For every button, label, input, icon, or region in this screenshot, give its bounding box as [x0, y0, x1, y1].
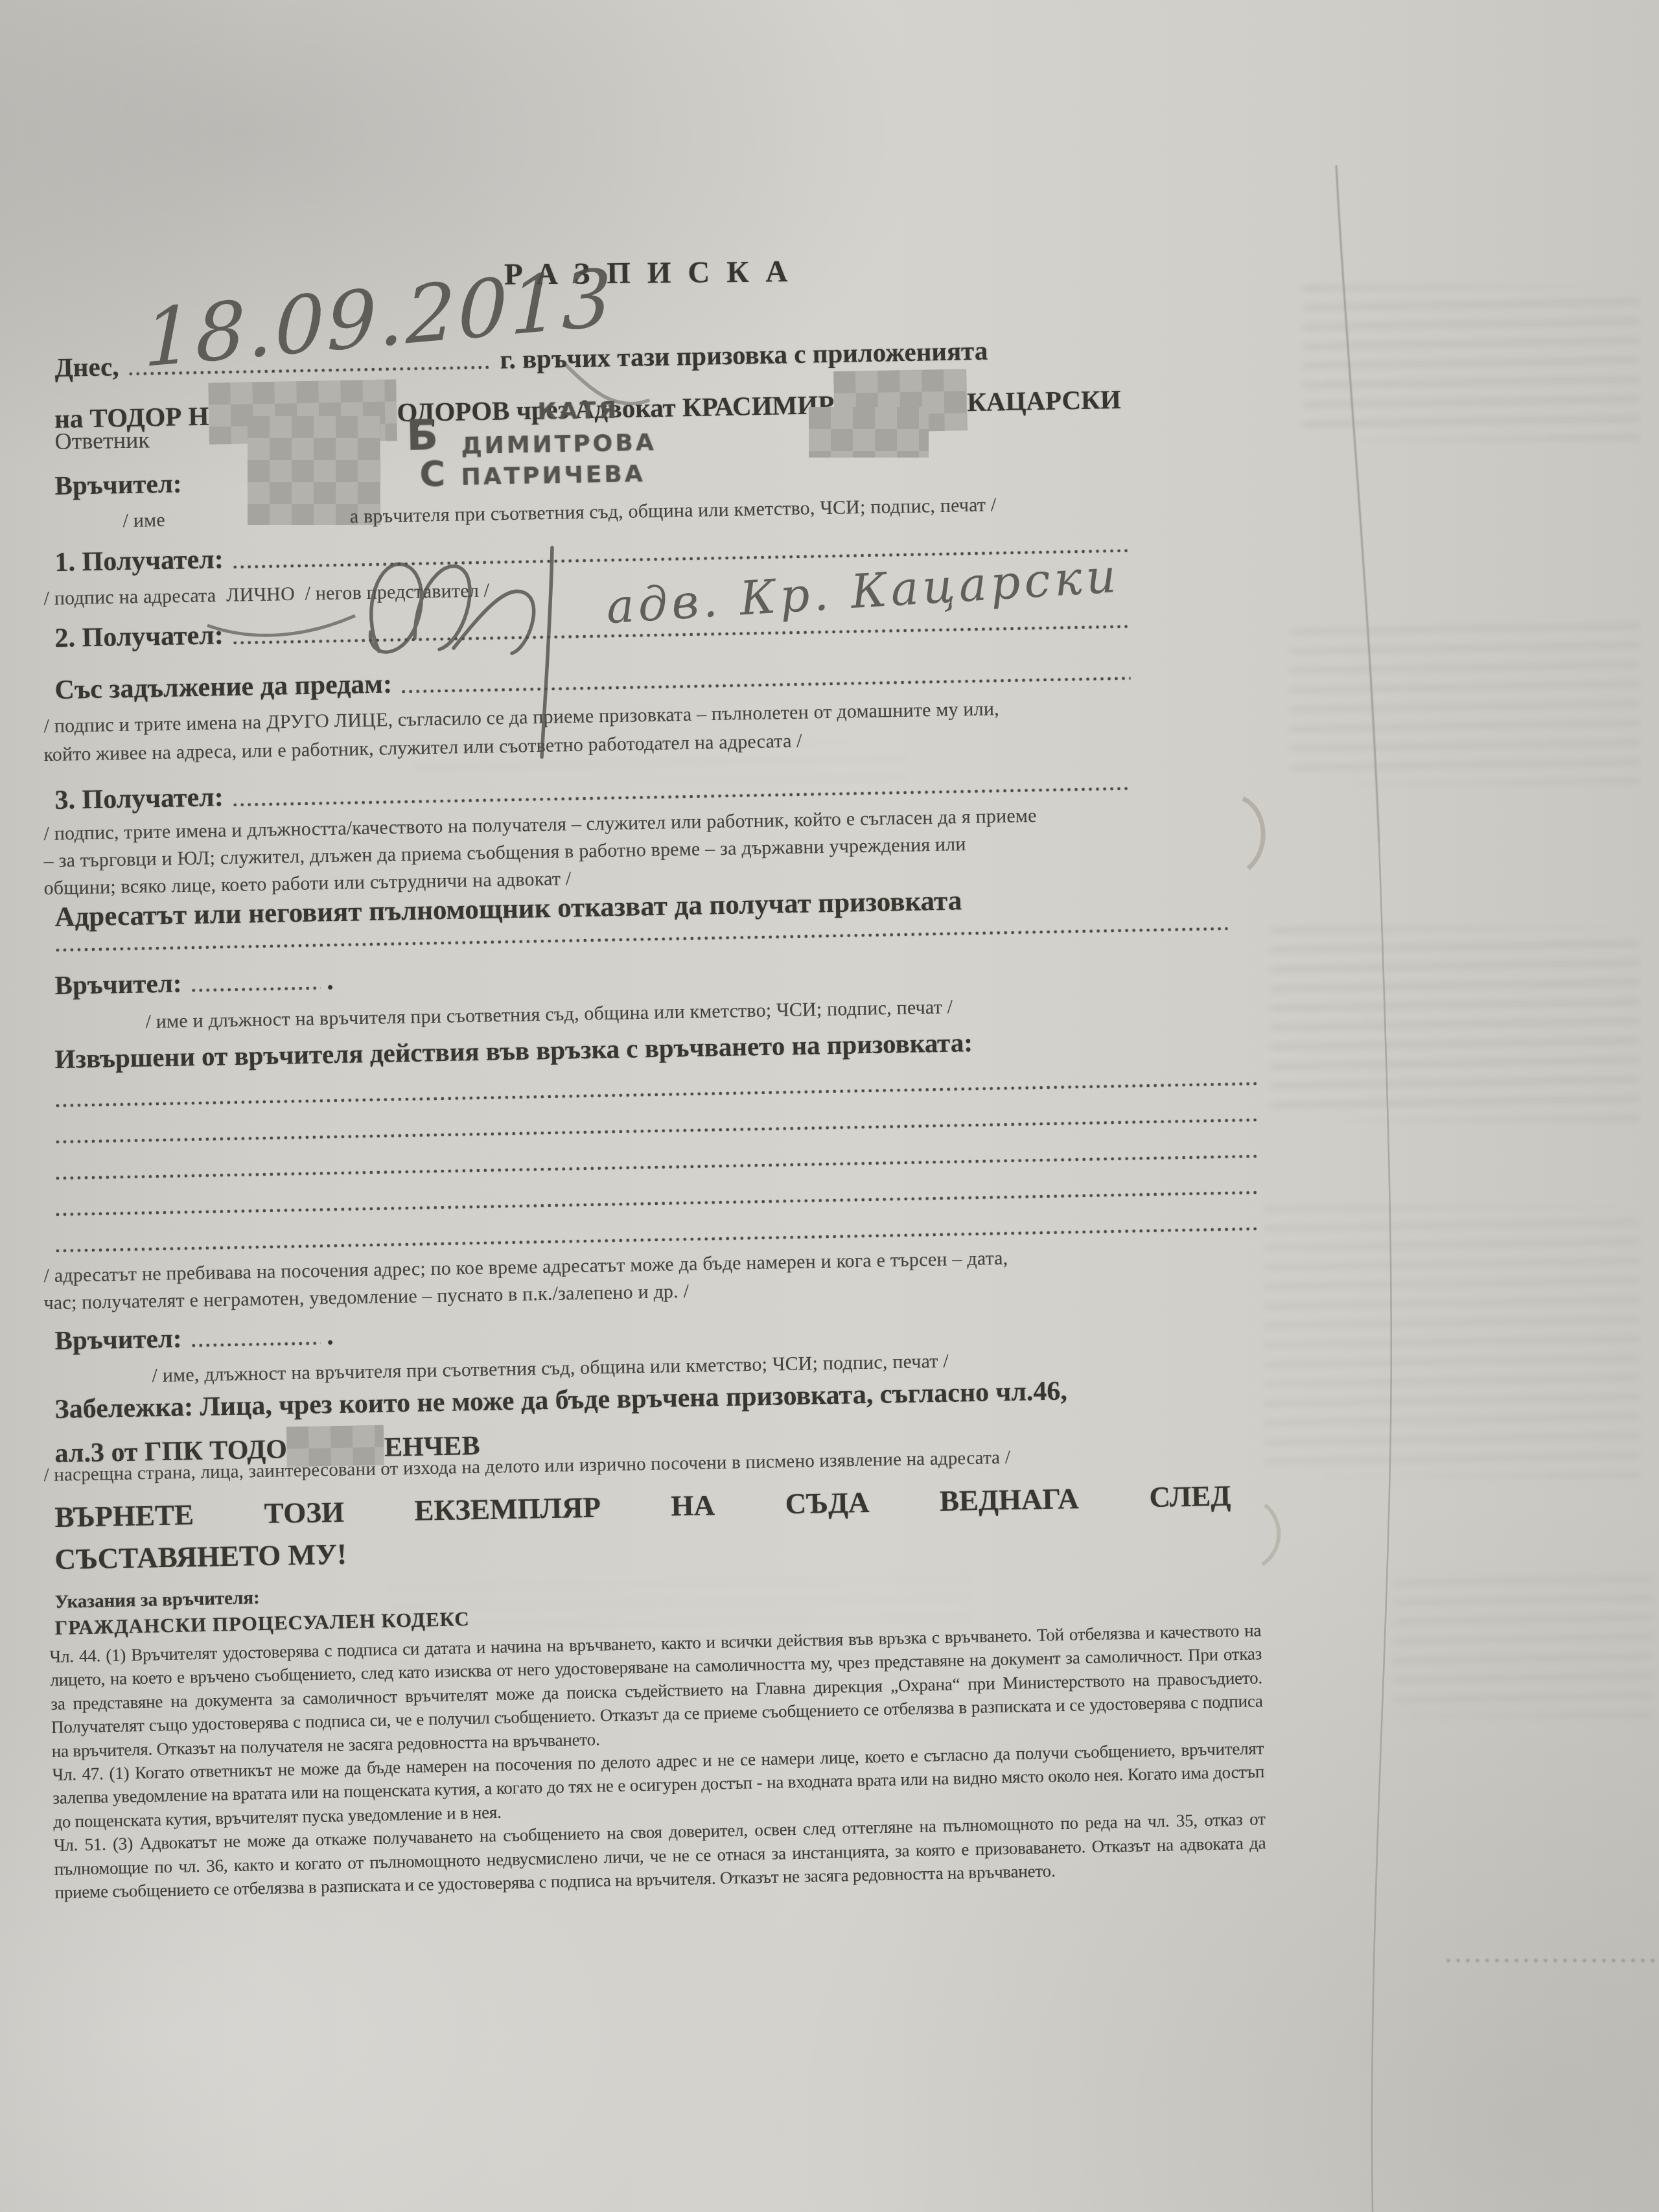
line-date-prefix: Днес, — [54, 352, 119, 382]
instructions-label: Указания за връчителя: — [54, 1587, 260, 1613]
bleed-through-text — [1303, 285, 1640, 441]
dotted-line — [55, 926, 1228, 953]
server1-note-rest: а връчителя при съответния съд, община и… — [349, 494, 996, 527]
dotted-fill — [128, 365, 491, 377]
recipient1-note-post: / негов представител / — [305, 579, 489, 604]
addressee-part3: КАЦАРСКИ — [967, 384, 1121, 417]
stray-mark — [1243, 798, 1263, 868]
code-articles: Чл. 44. (1) Връчителят удостоверява с по… — [49, 1618, 1266, 1904]
server3-afterdot: . — [327, 1321, 334, 1350]
server3-row: Връчител: . — [54, 1320, 373, 1355]
crease-line — [1336, 165, 1391, 2212]
stamp-name-line1: КАТЯ — [537, 397, 619, 425]
dotted-line — [55, 1226, 1257, 1253]
respondent-label: Ответник — [54, 426, 150, 455]
recipient1-note: / подпис на адресата ЛИЧНО / негов предс… — [43, 578, 489, 611]
stray-mark — [1262, 1505, 1279, 1565]
stamp-name-line3: ПАТРИЧЕВА — [461, 461, 645, 491]
server1-note-prefix: / име — [122, 509, 165, 531]
recipient3-label: 3. Получател: — [54, 782, 224, 815]
censored-name-block — [809, 407, 929, 458]
bleed-through-text — [1290, 616, 1640, 784]
recipient1-note-word: ЛИЧНО — [226, 583, 295, 606]
bleed-through-text — [1270, 927, 1640, 1121]
actions-heading: Извършени от връчителя действия във връз… — [54, 1028, 973, 1074]
dotted-line — [55, 1190, 1257, 1217]
recipient2-label: 2. Получател: — [54, 620, 224, 653]
scanned-paper: РАЗПИСКА 18.09.2013 Днес, г. връчих тази… — [0, 0, 1659, 2212]
server3-label: Връчител: — [54, 1323, 182, 1355]
server2-row: Връчител: . — [54, 965, 373, 1000]
dotted-fill — [191, 1341, 320, 1349]
dotted-fill — [401, 676, 1131, 695]
stamp-name-line2: ДИМИТРОВА — [461, 429, 656, 460]
return-notice-line2: СЪСТАВЯНЕТО МУ! — [54, 1537, 347, 1576]
censored-gap — [165, 523, 350, 526]
obligation-note-line1: / подпис и трите имена на ДРУГО ЛИЦЕ, съ… — [43, 697, 999, 739]
recipient1-label: 1. Получател: — [54, 544, 224, 577]
return-notice-line1: ВЪРНЕТЕ ТОЗИ ЕКЗЕМПЛЯР НА СЪДА ВЕДНАГА С… — [54, 1479, 1231, 1534]
bleed-through-text — [1264, 1205, 1640, 1478]
obligation-label: Със задължение да предам: — [54, 669, 392, 705]
dotted-line — [55, 1081, 1257, 1108]
server1-label: Връчител: — [54, 469, 182, 500]
server2-afterdot: . — [327, 966, 334, 995]
server2-label: Връчител: — [54, 968, 182, 1000]
dotted-line — [55, 1154, 1257, 1181]
dotted-fill — [191, 986, 320, 994]
bleed-through-text — [1393, 1575, 1653, 1717]
recipient1-note-pre: / подпис на адресата — [43, 585, 216, 609]
dotted-line — [55, 1117, 1257, 1145]
server2-note: / име и длъжност на връчителя при съотве… — [145, 995, 953, 1034]
bleed-through-dotted-line — [1445, 1957, 1659, 1964]
stamp-initial: С — [419, 453, 446, 495]
